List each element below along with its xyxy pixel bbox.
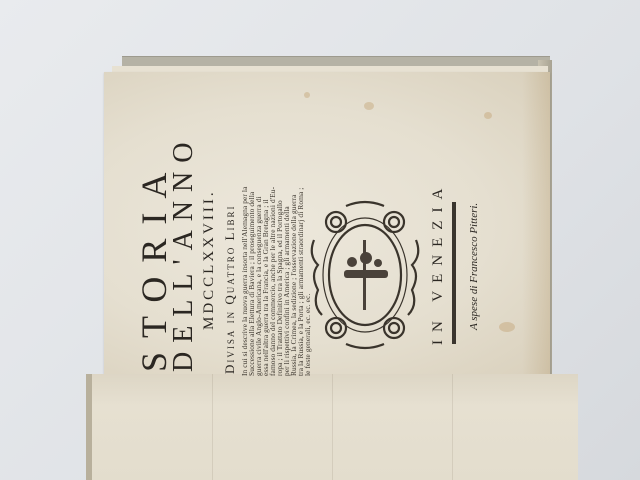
imprint-city: IN VENEZIA <box>430 181 447 345</box>
foxing-spot <box>304 92 310 98</box>
ornamental-vignette-icon <box>306 200 424 350</box>
foxing-spot <box>484 112 492 119</box>
page-crease <box>452 374 453 480</box>
foxing-edge <box>522 72 550 378</box>
facing-blank-page <box>86 374 578 480</box>
page-crease <box>212 374 213 480</box>
foxing-spot <box>499 322 515 332</box>
page-crease <box>332 374 333 480</box>
title-dellanno: DELL'ANNO <box>168 134 200 372</box>
imprint-rule <box>452 202 456 344</box>
foxing-spot <box>364 102 374 110</box>
title-year: MDCCLXXVIII. <box>201 189 218 330</box>
imprint-printer: A spese di Francesco Pitteri. <box>468 203 480 330</box>
subtitle: Divisa in Quattro Libri <box>222 205 238 374</box>
